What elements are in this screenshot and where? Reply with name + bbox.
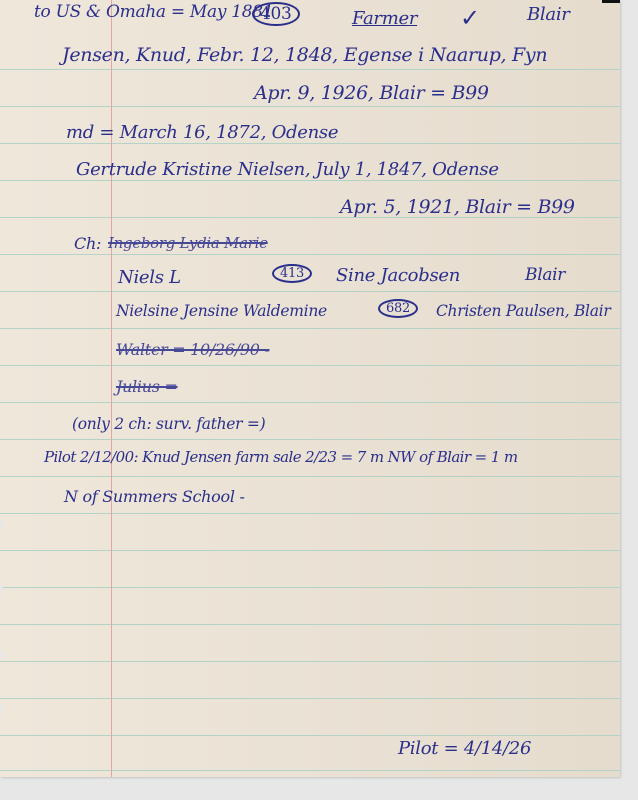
ruled-line xyxy=(0,587,620,588)
record-number-badge: 403 xyxy=(252,2,300,26)
child-2-spouse: Christen Paulsen xyxy=(436,302,565,320)
ruled-line xyxy=(0,69,620,70)
ruled-line xyxy=(0,624,620,625)
ruled-line xyxy=(0,661,620,662)
header-location: Blair xyxy=(527,4,570,25)
ruled-line xyxy=(0,143,620,144)
child-1-record-badge: 413 xyxy=(272,264,312,283)
footer-source: Pilot = 4/14/26 xyxy=(398,738,531,759)
ruled-line xyxy=(0,513,620,514)
child-2-spouse-location: Christen Paulsen, Blair xyxy=(436,302,610,320)
spouse-death: Apr. 5, 1921, Blair = B99 xyxy=(340,196,575,218)
child-2-record-badge: 682 xyxy=(378,299,418,318)
binder-hole xyxy=(0,520,3,530)
binder-hole xyxy=(0,585,3,595)
ruled-line xyxy=(0,402,620,403)
ruled-line xyxy=(0,328,620,329)
binder-hole xyxy=(0,705,3,715)
occupation: Farmer xyxy=(352,8,417,29)
marriage-line: md = March 16, 1872, Odense xyxy=(66,122,338,143)
ruled-line xyxy=(0,254,620,255)
struck-child-name: Ingeborg Lydia Marie xyxy=(108,234,268,252)
ruled-line xyxy=(0,476,620,477)
ruled-line xyxy=(0,180,620,181)
pilot-note-line-2: N of Summers School - xyxy=(64,487,245,506)
child-1-record: 413 xyxy=(272,264,312,283)
red-margin-line xyxy=(111,0,112,777)
child-2-record: 682 xyxy=(378,299,418,318)
struck-child-walter: Walter = 10/26/90 - xyxy=(116,340,270,359)
person-name-birth: Jensen, Knud, Febr. 12, 1848, Egense i N… xyxy=(62,44,547,66)
ruled-paper-page: to US & Omaha = May 1881 403 Farmer ✓ Bl… xyxy=(0,0,620,777)
child-2-location: Blair xyxy=(574,302,610,320)
arrival-note: to US & Omaha = May 1881 xyxy=(34,2,273,22)
ruled-line xyxy=(0,106,620,107)
record-number: 403 xyxy=(252,2,300,26)
children-label: Ch: xyxy=(74,234,101,253)
binder-hole xyxy=(0,650,3,660)
check-mark-icon: ✓ xyxy=(460,4,480,32)
spouse-name-birth: Gertrude Kristine Nielsen, July 1, 1847,… xyxy=(76,159,499,180)
children-note: (only 2 ch: surv. father =) xyxy=(72,415,265,433)
child-1-spouse: Sine Jacobsen xyxy=(336,265,460,286)
struck-child-julius: Julius = xyxy=(116,377,178,396)
ruled-line xyxy=(0,439,620,440)
scan-edge xyxy=(602,0,620,3)
pilot-note-line-1: Pilot 2/12/00: Knud Jensen farm sale 2/2… xyxy=(44,448,517,466)
child-1-location: Blair xyxy=(525,265,565,285)
ruled-line xyxy=(0,365,620,366)
ruled-line xyxy=(0,698,620,699)
ruled-line xyxy=(0,770,620,771)
ruled-line xyxy=(0,291,620,292)
person-death: Apr. 9, 1926, Blair = B99 xyxy=(254,82,489,104)
ruled-line xyxy=(0,735,620,736)
ruled-line xyxy=(0,550,620,551)
child-1-name: Niels L xyxy=(118,267,181,288)
child-2-name: Nielsine Jensine Waldemine xyxy=(116,302,327,320)
